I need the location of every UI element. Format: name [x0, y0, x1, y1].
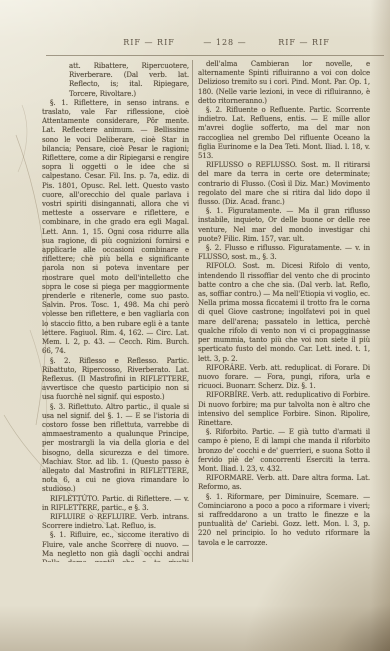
- page-number: — 128 —: [183, 38, 267, 47]
- dictionary-entry: RIFOLO. Sost. m. Dicesi Rifolo di vento,…: [198, 262, 370, 363]
- dictionary-entry: RIFLUIRE o REFLUIRE. Verb. intrans. Scor…: [42, 513, 189, 531]
- dictionary-entry: RIFORÁRE. Verb. att. reduplicat. di Fora…: [198, 364, 370, 392]
- column-divider: [192, 60, 193, 562]
- dictionary-entry: dell'alma Cambieran lor novelle, e alter…: [198, 60, 370, 106]
- dictionary-entry: §. Riforbito. Partic. — E già tutto d'ar…: [198, 428, 370, 474]
- dictionary-entry: att. Ribattere, Ripercuotere, Riverberar…: [69, 62, 189, 99]
- dictionary-entry: §. 1. Figuratamente. — Ma il gran riflus…: [198, 207, 370, 244]
- dictionary-entry: §. 2. Flusso e riflusso. Figuratamente. …: [198, 244, 370, 262]
- scanned-dictionary-page: RIF — RIF — 128 — RIF — RIF att. Ribatte…: [0, 0, 390, 651]
- dictionary-entry: RIFORMARE. Verb. att. Dare altra forma. …: [198, 474, 370, 492]
- dictionary-entry: §. 2. Rifluente o Refluente. Partic. Sco…: [198, 106, 370, 161]
- dictionary-entry: RIFLUSSO o REFLUSSO. Sost. m. Il ritirar…: [198, 161, 370, 207]
- dictionary-entry: §. 1. Riflettere, in senso intrans. e tr…: [42, 99, 189, 357]
- running-head: RIF — RIF — 128 — RIF — RIF: [0, 38, 390, 50]
- dictionary-entry: §. 2. Riflesso e Reflesso. Partic. Ribat…: [42, 357, 189, 403]
- dictionary-entry: RIFLETTÚTO. Partic. di Riflettere. — v. …: [42, 495, 189, 513]
- right-column: dell'alma Cambieran lor novelle, e alter…: [198, 60, 370, 580]
- running-head-left: RIF — RIF: [109, 38, 189, 47]
- dictionary-entry: RIFORBÍRE. Verb. att. reduplicativo di F…: [198, 391, 370, 428]
- running-head-right: RIF — RIF: [264, 38, 344, 47]
- dictionary-entry: §. 1. Riformare, per Diminuire, Scemare.…: [198, 493, 370, 548]
- dictionary-entry: §. 1. Rifluire, ec., siccome iterativo d…: [42, 531, 189, 562]
- left-column: att. Ribattere, Ripercuotere, Riverberar…: [42, 62, 189, 562]
- header-rule: [46, 55, 384, 56]
- dictionary-entry: §. 3. Riflettuto. Altro partic., il qual…: [42, 403, 189, 495]
